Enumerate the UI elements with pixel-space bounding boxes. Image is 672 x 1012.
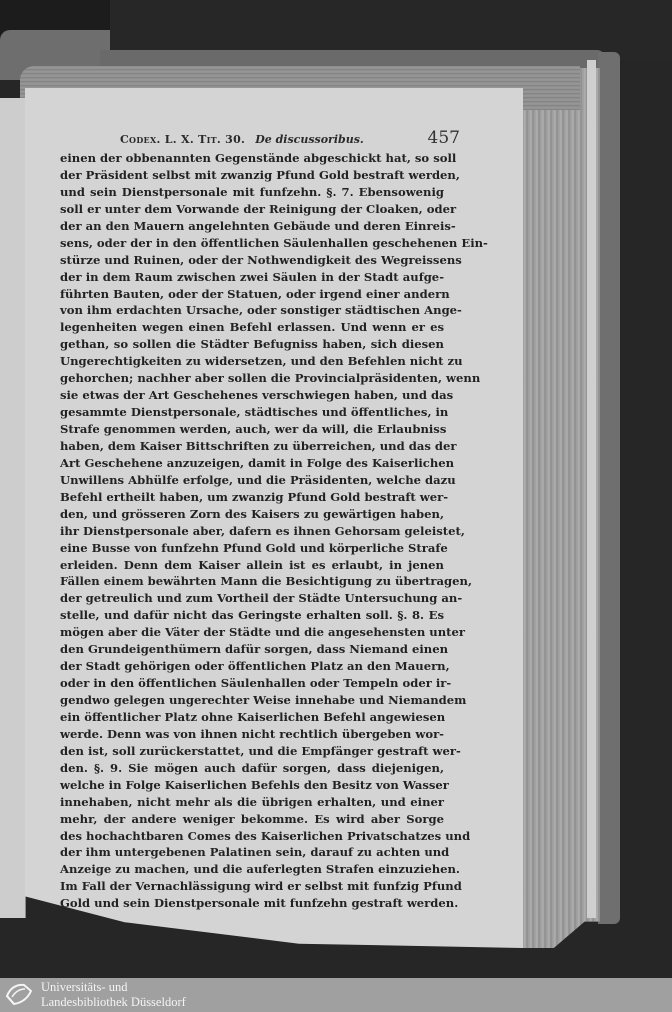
text-line: Fällen einem bewährten Mann die Besichti… [60, 573, 444, 590]
text-line: den ist, soll zurückerstattet, und die E… [60, 743, 444, 760]
text-line: ihr Dienstpersonale aber, dafern es ihne… [60, 523, 444, 540]
text-line: Anzeige zu machen, und die auferlegten S… [60, 861, 444, 878]
library-name-line1: Universitäts- und [41, 980, 186, 995]
book-cover-right [598, 52, 620, 924]
text-line: den. §. 9. Sie mögen auch dafür sorgen, … [60, 760, 444, 777]
text-line: und sein Dienstpersonale mit funfzehn. §… [60, 184, 444, 201]
text-line: der getreulich und zum Vortheil der Städ… [60, 590, 444, 607]
left-page-sliver [0, 98, 26, 918]
text-line: innehaben, nicht mehr als die übrigen er… [60, 794, 444, 811]
text-line: sens, oder der in den öffentlichen Säule… [60, 235, 444, 252]
text-line: einen der obbenannten Gegenstände abgesc… [60, 150, 444, 167]
library-name: Universitäts- und Landesbibliothek Düsse… [41, 980, 186, 1010]
text-line: der in dem Raum zwischen zwei Säulen in … [60, 269, 444, 286]
text-line: der an den Mauern angelehnten Gebäude un… [60, 218, 444, 235]
page-number: 457 [428, 128, 460, 148]
page-edge-highlight [587, 60, 596, 918]
text-line: den Grundeigenthümern dafür sorgen, dass… [60, 641, 444, 658]
text-line: von ihm erdachten Ursache, oder sonstige… [60, 302, 444, 319]
text-line: erleiden. Denn dem Kaiser allein ist es … [60, 557, 444, 574]
text-line: eine Busse von funfzehn Pfund Gold und k… [60, 540, 444, 557]
text-line: stürze und Ruinen, oder der Nothwendigke… [60, 252, 444, 269]
text-line: Ungerechtigkeiten zu widersetzen, und de… [60, 353, 444, 370]
text-line: Unwillens Abhülfe erfolge, und die Präsi… [60, 472, 444, 489]
text-line: der Präsident selbst mit zwanzig Pfund G… [60, 167, 444, 184]
running-head-codex: Codex. L. X. Tit. 30. [120, 133, 245, 146]
text-line: gehorchen; nachher aber sollen die Provi… [60, 370, 444, 387]
text-line: gethan, so sollen die Städter Befugniss … [60, 336, 444, 353]
running-head: Codex. L. X. Tit. 30. De discussoribus. … [120, 128, 460, 148]
text-line: Gold und sein Dienstpersonale mit funfze… [60, 895, 444, 912]
text-line: gendwo gelegen ungerechter Weise innehab… [60, 692, 444, 709]
text-line: ein öffentlicher Platz ohne Kaiserlichen… [60, 709, 444, 726]
running-head-title: De discussoribus. [255, 133, 364, 146]
text-line: mögen aber die Väter der Städte und die … [60, 624, 444, 641]
text-line: Art Geschehene anzuzeigen, damit in Folg… [60, 455, 444, 472]
show-through-text [90, 828, 450, 848]
text-line: sie etwas der Art Geschehenes verschwieg… [60, 387, 444, 404]
text-line: legenheiten wegen einen Befehl erlassen.… [60, 319, 444, 336]
text-line: der Stadt gehörigen oder öffentlichen Pl… [60, 658, 444, 675]
text-line: mehr, der andere weniger bekomme. Es wir… [60, 811, 444, 828]
text-line: soll er unter dem Vorwande der Reinigung… [60, 201, 444, 218]
library-footer: Universitäts- und Landesbibliothek Düsse… [0, 978, 672, 1012]
text-line: welche in Folge Kaiserlichen Befehls den… [60, 777, 444, 794]
text-line: werde. Denn was von ihnen nicht rechtlic… [60, 726, 444, 743]
text-line: oder in den öffentlichen Säulenhallen od… [60, 675, 444, 692]
text-line: haben, dem Kaiser Bittschriften zu überr… [60, 438, 444, 455]
text-line: stelle, und dafür nicht das Geringste er… [60, 607, 444, 624]
library-name-line2: Landesbibliothek Düsseldorf [41, 995, 186, 1010]
text-line: den, und grösseren Zorn des Kaisers zu g… [60, 506, 444, 523]
text-line: führten Bauten, oder der Statuen, oder i… [60, 286, 444, 303]
text-line: Im Fall der Vernachlässigung wird er sel… [60, 878, 444, 895]
text-line: Befehl ertheilt haben, um zwanzig Pfund … [60, 489, 444, 506]
body-text: einen der obbenannten Gegenstände abgesc… [60, 150, 444, 912]
text-line: gesammte Dienstpersonale, städtisches un… [60, 404, 444, 421]
text-line: Strafe genommen werden, auch, wer da wil… [60, 421, 444, 438]
book-logo-icon [4, 982, 34, 1006]
